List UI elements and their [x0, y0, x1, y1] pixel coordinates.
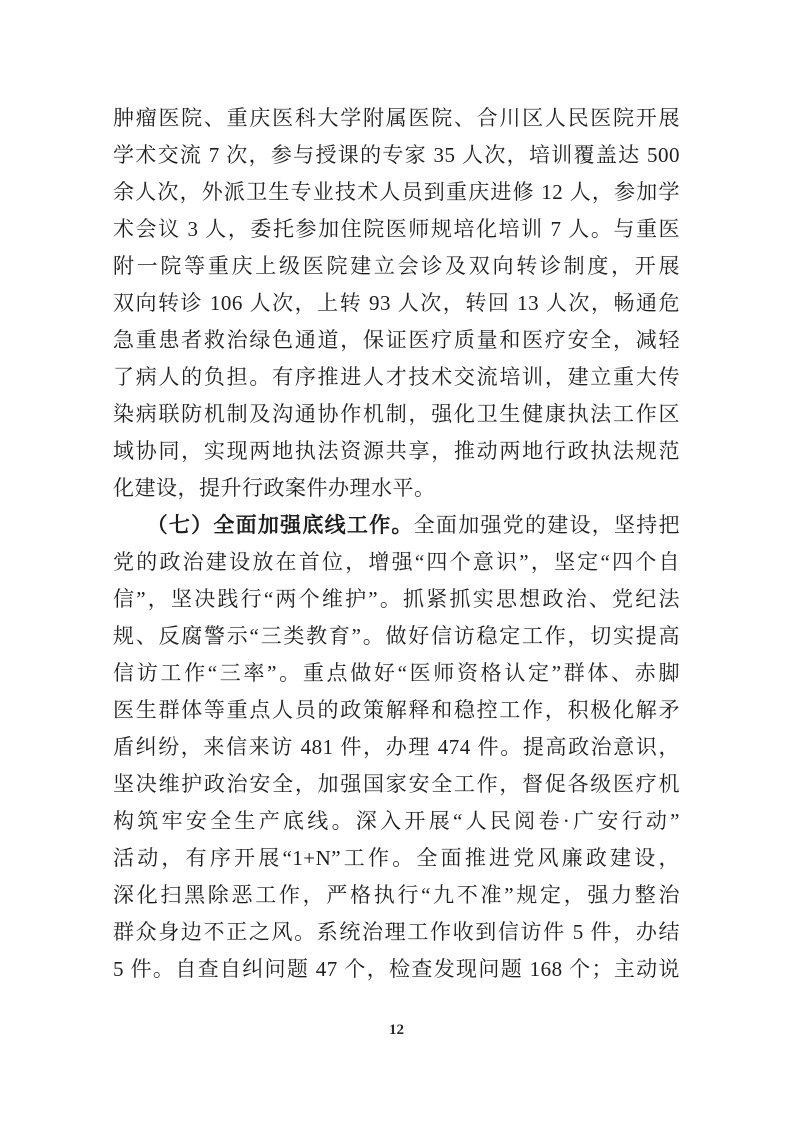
text-line: 学术交流 7 次，参与授课的专家 35 人次，培训覆盖达 500 [113, 137, 680, 174]
body-text-run: 全面加强党的建设，坚持把 [414, 513, 680, 537]
body-text-run: 了病人的负担。有序推进人才技术交流培训，建立重大传 [113, 365, 680, 389]
body-text-run: 肿瘤医院、重庆医科大学附属医院、合川区人民医院开展 [113, 106, 680, 130]
body-text-run: 规、反腐警示“三类教育”。做好信访稳定工作，切实提高 [113, 624, 680, 648]
text-line: 规、反腐警示“三类教育”。做好信访稳定工作，切实提高 [113, 618, 680, 655]
text-line: （七）全面加强底线工作。全面加强党的建设，坚持把 [113, 507, 680, 544]
text-line: 医生群体等重点人员的政策解释和稳控工作，积极化解矛 [113, 692, 680, 729]
text-line: 域协同，实现两地执法资源共享，推动两地行政执法规范 [113, 433, 680, 470]
page-number: 12 [0, 1022, 793, 1039]
text-line: 肿瘤医院、重庆医科大学附属医院、合川区人民医院开展 [113, 100, 680, 137]
body-text-run: 染病联防机制及沟通协作机制，强化卫生健康执法工作区 [113, 402, 680, 426]
body-text-run: 活动，有序开展“1+N”工作。全面推进党风廉政建设， [113, 846, 680, 870]
text-line: 术会议 3 人，委托参加住院医师规培化培训 7 人。与重医 [113, 211, 680, 248]
body-text-run: 双向转诊 106 人次，上转 93 人次，转回 13 人次，畅通危 [113, 291, 680, 315]
body-text-run: 5 件。自查自纠问题 47 个，检查发现问题 168 个；主动说 [113, 957, 680, 981]
body-text-run: 党的政治建设放在首位，增强“四个意识”，坚定“四个自 [113, 550, 680, 574]
text-line: 党的政治建设放在首位，增强“四个意识”，坚定“四个自 [113, 544, 680, 581]
body-text-run: 信”，坚决践行“两个维护”。抓紧抓实思想政治、党纪法 [113, 587, 680, 611]
text-line: 坚决维护政治安全，加强国家安全工作，督促各级医疗机 [113, 766, 680, 803]
body-text-run: 余人次，外派卫生专业技术人员到重庆进修 12 人，参加学 [113, 180, 680, 204]
body-text-run: 盾纠纷，来信来访 481 件，办理 474 件。提高政治意识， [113, 735, 680, 759]
body-text-run: 附一院等重庆上级医院建立会诊及双向转诊制度，开展 [113, 254, 680, 278]
text-line: 化建设，提升行政案件办理水平。 [113, 470, 680, 507]
text-line: 深化扫黑除恶工作，严格执行“九不准”规定，强力整治 [113, 877, 680, 914]
text-line: 5 件。自查自纠问题 47 个，检查发现问题 168 个；主动说 [113, 951, 680, 988]
text-line: 了病人的负担。有序推进人才技术交流培训，建立重大传 [113, 359, 680, 396]
body-text-run: 术会议 3 人，委托参加住院医师规培化培训 7 人。与重医 [113, 217, 680, 241]
text-line: 群众身边不正之风。系统治理工作收到信访件 5 件，办结 [113, 914, 680, 951]
text-line: 构筑牢安全生产底线。深入开展“人民阅卷·广安行动” [113, 803, 680, 840]
document-page: 肿瘤医院、重庆医科大学附属医院、合川区人民医院开展学术交流 7 次，参与授课的专… [0, 0, 793, 1122]
text-line: 双向转诊 106 人次，上转 93 人次，转回 13 人次，畅通危 [113, 285, 680, 322]
text-line: 信”，坚决践行“两个维护”。抓紧抓实思想政治、党纪法 [113, 581, 680, 618]
text-line: 急重患者救治绿色通道，保证医疗质量和医疗安全，减轻 [113, 322, 680, 359]
body-text-run: 信访工作“三率”。重点做好“医师资格认定”群体、赤脚 [113, 661, 680, 685]
text-line: 染病联防机制及沟通协作机制，强化卫生健康执法工作区 [113, 396, 680, 433]
text-line: 附一院等重庆上级医院建立会诊及双向转诊制度，开展 [113, 248, 680, 285]
document-body: 肿瘤医院、重庆医科大学附属医院、合川区人民医院开展学术交流 7 次，参与授课的专… [113, 100, 680, 988]
section-heading-run: （七）全面加强底线工作。 [147, 513, 414, 537]
body-text-run: 深化扫黑除恶工作，严格执行“九不准”规定，强力整治 [113, 883, 680, 907]
text-line: 余人次，外派卫生专业技术人员到重庆进修 12 人，参加学 [113, 174, 680, 211]
body-text-run: 域协同，实现两地执法资源共享，推动两地行政执法规范 [113, 439, 680, 463]
body-text-run: 医生群体等重点人员的政策解释和稳控工作，积极化解矛 [113, 698, 680, 722]
body-text-run: 急重患者救治绿色通道，保证医疗质量和医疗安全，减轻 [113, 328, 680, 352]
text-line: 盾纠纷，来信来访 481 件，办理 474 件。提高政治意识， [113, 729, 680, 766]
text-line: 信访工作“三率”。重点做好“医师资格认定”群体、赤脚 [113, 655, 680, 692]
body-text-run: 学术交流 7 次，参与授课的专家 35 人次，培训覆盖达 500 [113, 143, 680, 167]
body-text-run: 构筑牢安全生产底线。深入开展“人民阅卷·广安行动” [113, 809, 680, 833]
body-text-run: 化建设，提升行政案件办理水平。 [113, 476, 436, 500]
body-text-run: 坚决维护政治安全，加强国家安全工作，督促各级医疗机 [113, 772, 680, 796]
body-text-run: 群众身边不正之风。系统治理工作收到信访件 5 件，办结 [113, 920, 680, 944]
text-line: 活动，有序开展“1+N”工作。全面推进党风廉政建设， [113, 840, 680, 877]
